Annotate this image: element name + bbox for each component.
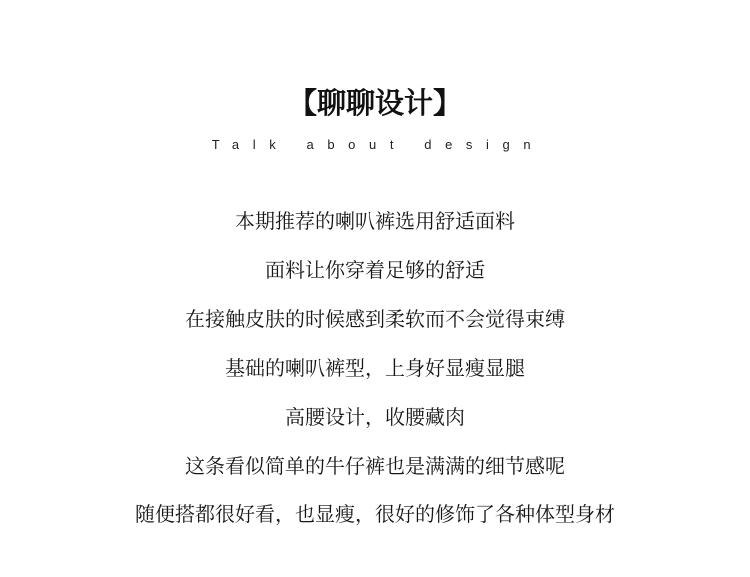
section-title: 【聊聊设计】	[0, 83, 750, 123]
description-line: 随便搭都很好看，也显瘦，很好的修饰了各种体型身材	[0, 500, 750, 528]
section-subtitle: Talk about design	[0, 136, 750, 154]
description-line: 面料让你穿着足够的舒适	[0, 256, 750, 284]
description-line: 高腰设计，收腰藏肉	[0, 403, 750, 431]
description-line: 基础的喇叭裤型，上身好显瘦显腿	[0, 354, 750, 382]
description-line: 本期推荐的喇叭裤选用舒适面料	[0, 207, 750, 235]
description-line: 在接触皮肤的时候感到柔软而不会觉得束缚	[0, 305, 750, 333]
description-line: 这条看似简单的牛仔裤也是满满的细节感呢	[0, 452, 750, 480]
